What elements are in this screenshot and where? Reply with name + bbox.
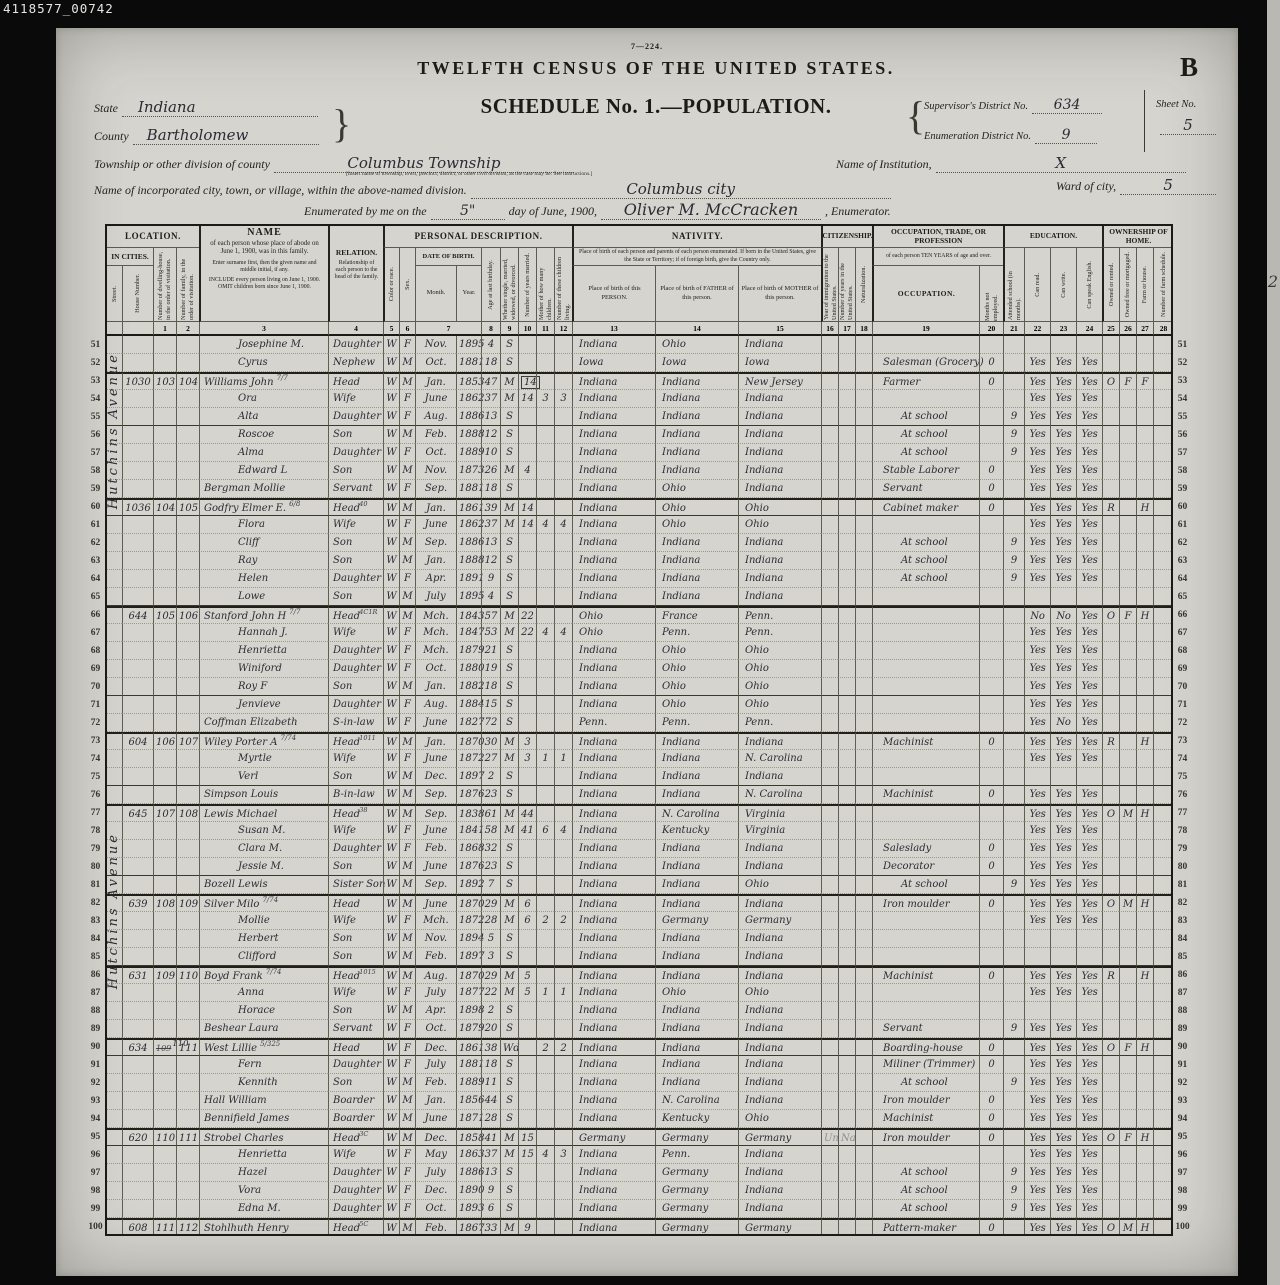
cell-owned-free-mortgaged: [1119, 480, 1136, 498]
cell-birthplace-person: Indiana: [572, 1020, 655, 1038]
cell-years-in-us: [838, 570, 855, 588]
cell-children-living: [554, 534, 572, 552]
cell-occupation: At school: [872, 1182, 979, 1200]
cell-age: 26: [481, 462, 500, 480]
cell-owned-free-mortgaged: M: [1119, 894, 1136, 912]
cell-sex: M: [399, 552, 415, 570]
cell-months-not-employed: [979, 642, 1003, 660]
cell-years-in-us: [838, 534, 855, 552]
cell-birthplace-father: Ohio: [655, 984, 738, 1002]
cell-house-number: 1036: [122, 498, 153, 516]
cell-family-number: [176, 984, 199, 1002]
cell-birthplace-person: Indiana: [572, 1110, 655, 1128]
cell-marital-status: S: [500, 480, 518, 498]
cell-can-read: Yes: [1024, 804, 1050, 822]
cell-family-number: [176, 516, 199, 534]
cell-can-write: Yes: [1050, 894, 1076, 912]
cell-birth-year: 1889: [456, 1074, 481, 1092]
cell-children-living: 3: [554, 390, 572, 408]
cell-naturalization: [855, 1146, 872, 1164]
cell-mother-of-children: [536, 1200, 554, 1218]
cell-occupation: [872, 642, 979, 660]
cell-relation: Son: [328, 462, 383, 480]
cell-dwelling-number: [153, 858, 176, 876]
cell-owned-free-mortgaged: [1119, 912, 1136, 930]
cell-years-in-us: [838, 1200, 855, 1218]
cell-attended-school: [1003, 858, 1024, 876]
row-number-right: 85: [1173, 948, 1192, 966]
cell-farm-schedule: [1153, 534, 1173, 552]
cell-dwelling-number: [153, 1182, 176, 1200]
cell-birthplace-person: Indiana: [572, 1182, 655, 1200]
cell-farm-or-house: H: [1136, 498, 1153, 516]
cell-age: 30: [481, 732, 500, 750]
cell-naturalization: [855, 750, 872, 768]
cell-marital-status: S: [500, 1110, 518, 1128]
cell-birthplace-person: Indiana: [572, 570, 655, 588]
cell-naturalization: [855, 1092, 872, 1110]
cell-owned-free-mortgaged: [1119, 1200, 1136, 1218]
cell-years-in-us: Na: [838, 1128, 855, 1146]
row-number-left: 72: [86, 714, 105, 732]
cell-dwelling-number: [153, 750, 176, 768]
cell-family-number: [176, 480, 199, 498]
cell-naturalization: [855, 948, 872, 966]
cell-street: [105, 1200, 122, 1218]
cell-immigration-year: [821, 804, 838, 822]
cell-house-number: [122, 1092, 153, 1110]
cell-years-in-us: [838, 750, 855, 768]
cell-months-not-employed: 0: [979, 732, 1003, 750]
cell-birthplace-father: Indiana: [655, 462, 738, 480]
cell-birthplace-father: Germany: [655, 912, 738, 930]
cell-birthplace-person: Indiana: [572, 462, 655, 480]
cell-farm-or-house: [1136, 534, 1153, 552]
cell-attended-school: [1003, 750, 1024, 768]
township-instruction-note: [Insert name of township, town, precinct…: [346, 171, 592, 177]
cell-birthplace-mother: Indiana: [738, 336, 821, 354]
cell-naturalization: [855, 858, 872, 876]
cell-years-married: [518, 588, 536, 606]
row-number-left: 78: [86, 822, 105, 840]
cell-age: 12: [481, 426, 500, 444]
cell-attended-school: [1003, 894, 1024, 912]
col-number-9: 9: [500, 322, 518, 336]
cell-birth-month: Sep.: [415, 534, 456, 552]
cell-farm-schedule: [1153, 1218, 1173, 1236]
cell-birth-month: July: [415, 1056, 456, 1074]
cell-dwelling-number: [153, 1146, 176, 1164]
cell-relation: Servant: [328, 1020, 383, 1038]
cell-dwelling-number: 104: [153, 498, 176, 516]
state-value: Indiana: [122, 98, 318, 117]
cell-birthplace-father: Indiana: [655, 1074, 738, 1092]
cell-can-speak-english: Yes: [1076, 1200, 1102, 1218]
cell-attended-school: [1003, 948, 1024, 966]
cell-naturalization: [855, 678, 872, 696]
cell-street: [105, 570, 122, 588]
cell-relation: Daughter: [328, 696, 383, 714]
cell-months-not-employed: 0: [979, 786, 1003, 804]
cell-can-read: Yes: [1024, 1200, 1050, 1218]
row-number-left: 69: [86, 660, 105, 678]
cell-owned-rented: [1102, 1074, 1119, 1092]
cell-relation: Daughter: [328, 1164, 383, 1182]
cell-can-speak-english: Yes: [1076, 426, 1102, 444]
cell-birthplace-mother: Indiana: [738, 840, 821, 858]
row-number-right: 84: [1173, 930, 1192, 948]
cell-sex: M: [399, 858, 415, 876]
cell-children-living: [554, 1164, 572, 1182]
cell-owned-free-mortgaged: [1119, 930, 1136, 948]
cell-owned-free-mortgaged: [1119, 732, 1136, 750]
cell-owned-rented: [1102, 624, 1119, 642]
cell-owned-free-mortgaged: [1119, 768, 1136, 786]
cell-can-read: Yes: [1024, 552, 1050, 570]
enumerator-name: Oliver M. McCracken: [601, 200, 821, 220]
row-number-left: 90: [86, 1038, 105, 1056]
cell-name: Mollie: [199, 912, 328, 930]
cell-owned-free-mortgaged: [1119, 498, 1136, 516]
cell-years-married: [518, 408, 536, 426]
cell-naturalization: [855, 1020, 872, 1038]
cell-birth-year: 1879: [456, 1020, 481, 1038]
cell-can-speak-english: Yes: [1076, 498, 1102, 516]
cell-owned-rented: [1102, 1146, 1119, 1164]
cell-can-write: Yes: [1050, 822, 1076, 840]
cell-farm-schedule: [1153, 678, 1173, 696]
cell-farm-or-house: [1136, 1092, 1153, 1110]
col-label-farm-schedule: Number of farm schedule.: [1153, 248, 1173, 322]
cell-birthplace-mother: Penn.: [738, 624, 821, 642]
cell-months-not-employed: 0: [979, 1218, 1003, 1236]
cell-months-not-employed: [979, 930, 1003, 948]
col-number-2: 2: [176, 322, 199, 336]
cell-color: W: [383, 1092, 399, 1110]
cell-sex: F: [399, 1182, 415, 1200]
cell-marital-status: M: [500, 1218, 518, 1236]
cell-owned-free-mortgaged: [1119, 948, 1136, 966]
header-location: LOCATION.: [105, 224, 199, 248]
cell-farm-schedule: [1153, 642, 1173, 660]
cell-occupation: At school: [872, 1074, 979, 1092]
cell-birthplace-father: Indiana: [655, 426, 738, 444]
cell-owned-free-mortgaged: M: [1119, 804, 1136, 822]
cell-immigration-year: [821, 534, 838, 552]
schedule-title: SCHEDULE No. 1.—POPULATION.: [336, 94, 976, 119]
cell-can-speak-english: Yes: [1076, 804, 1102, 822]
cell-owned-rented: [1102, 678, 1119, 696]
cell-birthplace-person: Indiana: [572, 426, 655, 444]
cell-mother-of-children: [536, 1002, 554, 1020]
cell-house-number: [122, 516, 153, 534]
cell-owned-free-mortgaged: [1119, 588, 1136, 606]
cell-owned-rented: [1102, 1164, 1119, 1182]
cell-mother-of-children: [536, 534, 554, 552]
cell-birthplace-mother: Ohio: [738, 642, 821, 660]
cell-can-read: Yes: [1024, 696, 1050, 714]
cell-farm-or-house: H: [1136, 606, 1153, 624]
cell-naturalization: [855, 1038, 872, 1056]
cell-family-number: [176, 336, 199, 354]
row-number-left: 54: [86, 390, 105, 408]
col-number-26: 26: [1119, 322, 1136, 336]
cell-dwelling-number: [153, 1020, 176, 1038]
cell-family-number: [176, 660, 199, 678]
cell-owned-rented: [1102, 1092, 1119, 1110]
cell-months-not-employed: [979, 1200, 1003, 1218]
cell-attended-school: 9: [1003, 534, 1024, 552]
cell-birthplace-mother: Indiana: [738, 408, 821, 426]
cell-can-read: Yes: [1024, 966, 1050, 984]
cell-birth-month: Mch.: [415, 606, 456, 624]
cell-years-married: [518, 786, 536, 804]
cell-dwelling-number: [153, 1110, 176, 1128]
cell-relation: Head1015: [328, 966, 383, 984]
cell-can-write: Yes: [1050, 1128, 1076, 1146]
cell-birth-month: Nov.: [415, 462, 456, 480]
cell-name: Boyd Frank7/74: [199, 966, 328, 984]
enumeration-district-value: 9: [1035, 127, 1097, 144]
cell-house-number: 620: [122, 1128, 153, 1146]
col-label-attended-school: Attended school (in months).: [1003, 248, 1024, 322]
row-number-left: 71: [86, 696, 105, 714]
cell-sex: F: [399, 516, 415, 534]
cell-occupation: [872, 624, 979, 642]
cell-children-living: [554, 1092, 572, 1110]
cell-age: 37: [481, 516, 500, 534]
row-number-left: 59: [86, 480, 105, 498]
cell-months-not-employed: [979, 570, 1003, 588]
cell-attended-school: [1003, 804, 1024, 822]
cell-birth-year: 1889: [456, 444, 481, 462]
header-relation: RELATION.Relationship of each person to …: [328, 224, 383, 322]
cell-color: W: [383, 444, 399, 462]
row-number-right: 71: [1173, 696, 1192, 714]
cell-relation: Sister Son: [328, 876, 383, 894]
cell-dwelling-number: [153, 696, 176, 714]
cell-farm-schedule: [1153, 750, 1173, 768]
col-number-14: 14: [655, 322, 738, 336]
cell-can-read: Yes: [1024, 462, 1050, 480]
row-number-right: 79: [1173, 840, 1192, 858]
row-number-left: 98: [86, 1182, 105, 1200]
cell-house-number: [122, 696, 153, 714]
cell-years-married: 14: [518, 516, 536, 534]
cell-family-number: [176, 1182, 199, 1200]
cell-family-number: [176, 408, 199, 426]
cell-can-write: [1050, 336, 1076, 354]
row-number-right: 66: [1173, 606, 1192, 624]
cell-mother-of-children: [536, 588, 554, 606]
cell-months-not-employed: [979, 678, 1003, 696]
cell-relation: Wife: [328, 912, 383, 930]
cell-years-married: [518, 444, 536, 462]
col-label-can-read: Can read.: [1024, 248, 1050, 322]
cell-birth-year: 1890: [456, 1182, 481, 1200]
cell-farm-schedule: [1153, 912, 1173, 930]
cell-farm-schedule: [1153, 336, 1173, 354]
cell-years-in-us: [838, 660, 855, 678]
cell-owned-rented: [1102, 336, 1119, 354]
col-label-years-married: Number of years married.: [518, 248, 536, 322]
cell-birth-month: Feb.: [415, 948, 456, 966]
cell-marital-status: S: [500, 876, 518, 894]
cell-color: W: [383, 606, 399, 624]
cell-birthplace-mother: Ohio: [738, 984, 821, 1002]
cell-name: Godfry Elmer E.6/8: [199, 498, 328, 516]
cell-farm-schedule: [1153, 552, 1173, 570]
cell-relation: B-in-law: [328, 786, 383, 804]
cell-birth-month: Sep.: [415, 480, 456, 498]
cell-occupation: [872, 804, 979, 822]
cell-attended-school: 9: [1003, 426, 1024, 444]
cell-birthplace-person: Indiana: [572, 1092, 655, 1110]
cell-age: 20: [481, 1020, 500, 1038]
col-label-can-speak-english: Can speak English.: [1076, 248, 1102, 322]
cell-can-speak-english: Yes: [1076, 552, 1102, 570]
cell-immigration-year: [821, 894, 838, 912]
cell-birthplace-father: Ohio: [655, 480, 738, 498]
cell-age: 38: [481, 1038, 500, 1056]
cell-age: 57: [481, 606, 500, 624]
cell-birthplace-father: Penn.: [655, 624, 738, 642]
cell-name: Vora: [199, 1182, 328, 1200]
row-number-left: 65: [86, 588, 105, 606]
cell-can-write: Yes: [1050, 840, 1076, 858]
cell-mother-of-children: [536, 876, 554, 894]
row-number-right: 95: [1173, 1128, 1192, 1146]
cell-months-not-employed: 0: [979, 354, 1003, 372]
cell-age: 61: [481, 804, 500, 822]
cell-can-write: Yes: [1050, 462, 1076, 480]
cell-birth-year: 1872: [456, 750, 481, 768]
cell-birth-month: Apr.: [415, 1002, 456, 1020]
cell-attended-school: 9: [1003, 876, 1024, 894]
census-scan-page: { "scan_id": "4118577_00742", "margin_ma…: [0, 0, 1280, 1285]
cell-children-living: [554, 732, 572, 750]
col-label-dwelling-number: Number of dwelling-house, in the order o…: [153, 248, 176, 322]
cell-years-in-us: [838, 966, 855, 984]
cell-relation: Nephew: [328, 354, 383, 372]
cell-can-write: Yes: [1050, 1092, 1076, 1110]
cell-farm-or-house: F: [1136, 372, 1153, 390]
cell-house-number: [122, 768, 153, 786]
enumeration-district-label: Enumeration District No.: [924, 131, 1031, 142]
cell-children-living: [554, 408, 572, 426]
header-occupation: OCCUPATION, TRADE, OR PROFESSION: [872, 224, 1003, 248]
cell-birth-month: Mch.: [415, 912, 456, 930]
cell-sex: F: [399, 660, 415, 678]
row-number-right: 58: [1173, 462, 1192, 480]
cell-can-write: Yes: [1050, 750, 1076, 768]
cell-owned-free-mortgaged: [1119, 408, 1136, 426]
cell-name: Verl: [199, 768, 328, 786]
sheet-value: 5: [1160, 116, 1216, 135]
cell-street: [105, 660, 122, 678]
cell-birthplace-father: Indiana: [655, 1038, 738, 1056]
header-date-of-birth: DATE OF BIRTH.: [415, 248, 481, 266]
cell-mother-of-children: [536, 948, 554, 966]
cell-occupation: [872, 588, 979, 606]
cell-children-living: [554, 642, 572, 660]
cell-months-not-employed: 0: [979, 840, 1003, 858]
cell-color: W: [383, 426, 399, 444]
cell-name: Coffman Elizabeth: [199, 714, 328, 732]
col-number-blank-house: [122, 322, 153, 336]
county-field: County Bartholomew: [94, 126, 319, 145]
cell-owned-free-mortgaged: [1119, 966, 1136, 984]
cell-birth-year: 1827: [456, 714, 481, 732]
cell-age: 3: [481, 948, 500, 966]
cell-can-speak-english: Yes: [1076, 894, 1102, 912]
cell-years-married: [518, 678, 536, 696]
row-number-left: 64: [86, 570, 105, 588]
cell-birthplace-person: Penn.: [572, 714, 655, 732]
cell-age: 13: [481, 408, 500, 426]
cell-farm-schedule: [1153, 390, 1173, 408]
cell-can-write: Yes: [1050, 642, 1076, 660]
cell-farm-schedule: [1153, 426, 1173, 444]
row-number-right: 92: [1173, 1074, 1192, 1092]
cell-immigration-year: [821, 336, 838, 354]
cell-years-married: [518, 696, 536, 714]
cell-birthplace-father: Indiana: [655, 1002, 738, 1020]
cell-years-married: 14: [518, 372, 536, 390]
cell-color: W: [383, 696, 399, 714]
cell-birthplace-person: Indiana: [572, 1146, 655, 1164]
cell-birthplace-person: Indiana: [572, 336, 655, 354]
cell-dwelling-number: 106: [153, 732, 176, 750]
cell-family-number: [176, 1020, 199, 1038]
cell-owned-rented: [1102, 480, 1119, 498]
cell-relation: Head: [328, 372, 383, 390]
cell-relation: Wife: [328, 390, 383, 408]
cell-immigration-year: [821, 1038, 838, 1056]
col-label-owned-free-mortgaged: Owned free or mortgaged.: [1119, 248, 1136, 322]
cell-years-in-us: [838, 1182, 855, 1200]
cell-age: 19: [481, 660, 500, 678]
cell-mother-of-children: [536, 858, 554, 876]
cell-birthplace-mother: Penn.: [738, 606, 821, 624]
row-number-left: 88: [86, 1002, 105, 1020]
cell-years-married: 15: [518, 1128, 536, 1146]
cell-can-write: Yes: [1050, 1020, 1076, 1038]
cell-mother-of-children: [536, 354, 554, 372]
cell-birthplace-mother: Iowa: [738, 354, 821, 372]
cell-years-married: [518, 930, 536, 948]
cell-can-speak-english: Yes: [1076, 1074, 1102, 1092]
supervisor-district-value: 634: [1032, 97, 1102, 114]
cell-months-not-employed: [979, 408, 1003, 426]
cell-can-read: Yes: [1024, 894, 1050, 912]
cell-marital-status: M: [500, 498, 518, 516]
cell-name: Flora: [199, 516, 328, 534]
cell-occupation: At school: [872, 534, 979, 552]
row-number-right: 52: [1173, 354, 1192, 372]
cell-age: 37: [481, 390, 500, 408]
cell-farm-schedule: [1153, 606, 1173, 624]
cell-occupation: At school: [872, 552, 979, 570]
cell-immigration-year: [821, 516, 838, 534]
cell-relation: Son: [328, 552, 383, 570]
cell-immigration-year: [821, 732, 838, 750]
cell-name: Fern: [199, 1056, 328, 1074]
cell-birthplace-mother: Indiana: [738, 1074, 821, 1092]
cell-birth-year: 1891: [456, 570, 481, 588]
cell-children-living: [554, 714, 572, 732]
cell-immigration-year: Un: [821, 1128, 838, 1146]
